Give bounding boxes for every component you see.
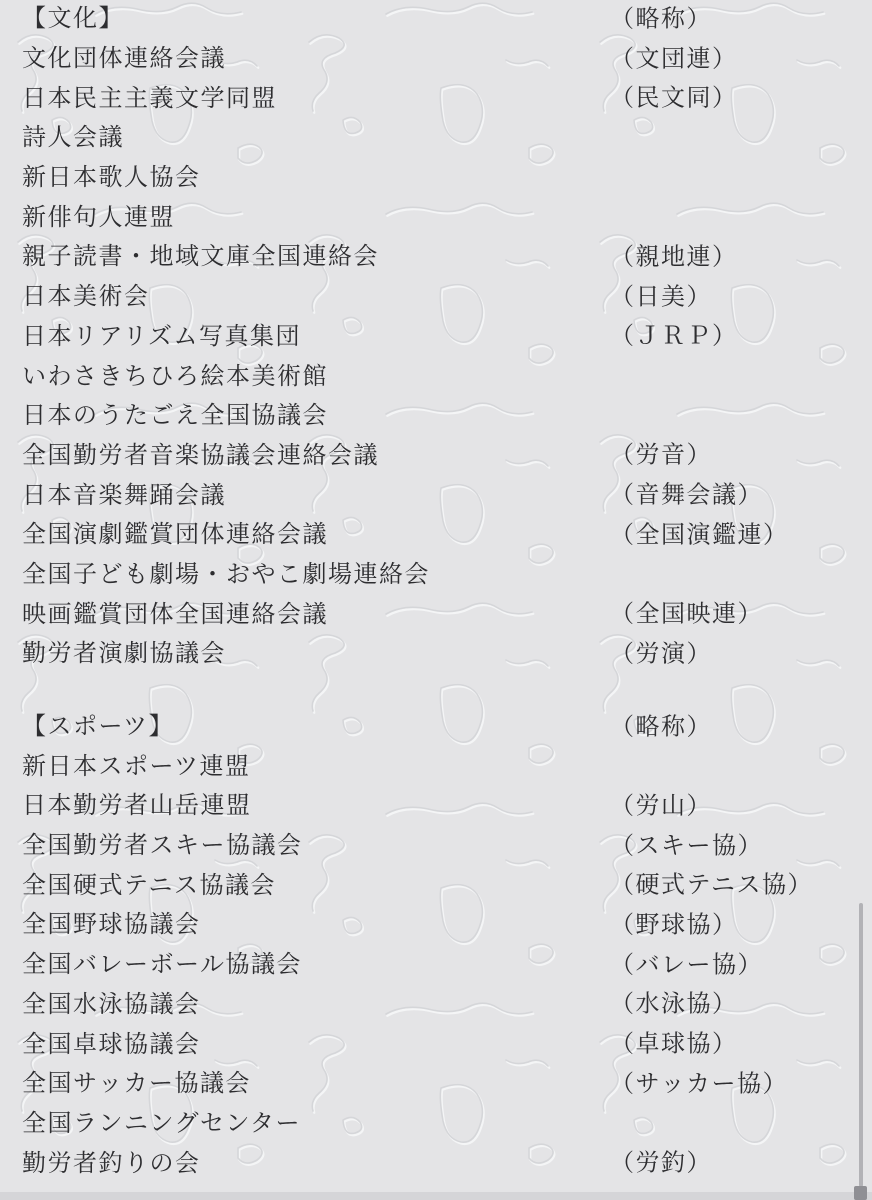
- organization-name: 日本音楽舞踊会議: [22, 475, 226, 510]
- organization-abbr: （労釣）: [610, 1143, 712, 1178]
- abbr-column-header: （略称）: [610, 706, 712, 741]
- organization-row: 全国野球協議会 （野球協）: [0, 902, 872, 942]
- organization-abbr: （文団連）: [610, 38, 738, 73]
- section-title: 【文化】: [22, 0, 124, 33]
- organization-row: 映画鑑賞団体全国連絡会議 （全国映連）: [0, 591, 872, 631]
- organization-abbr: （労山）: [610, 785, 712, 820]
- organization-abbr: （水泳協）: [610, 984, 738, 1019]
- organization-name: いわさきちひろ絵本美術館: [22, 356, 328, 391]
- organization-row: 日本民主主義文学同盟 （民文同）: [0, 75, 872, 115]
- organization-row: 勤労者釣りの会 （労釣）: [0, 1140, 872, 1180]
- organization-row: 全国子ども劇場・おやこ劇場連絡会: [0, 552, 872, 592]
- organization-row: 全国水泳協議会 （水泳協）: [0, 982, 872, 1022]
- organization-row: 全国サッカー協議会 （サッカー協）: [0, 1061, 872, 1101]
- organization-abbr: （全国映連）: [610, 594, 763, 629]
- organization-name: 新日本歌人協会: [22, 157, 201, 192]
- organization-row: 全国ランニングセンター: [0, 1101, 872, 1141]
- organization-name: 全国野球協議会: [22, 904, 201, 939]
- organization-list: 【文化】 （略称） 文化団体連絡会議 （文団連） 日本民主主義文学同盟 （民文同…: [0, 0, 872, 1180]
- organization-name: 全国サッカー協議会: [22, 1063, 251, 1098]
- organization-row: 新俳句人連盟: [0, 194, 872, 234]
- organization-abbr: （ＪＲＰ）: [610, 316, 738, 351]
- section-header-row: 【スポーツ】 （略称）: [0, 704, 872, 744]
- organization-abbr: （日美）: [610, 276, 712, 311]
- organization-name: 親子読書・地域文庫全国連絡会: [22, 236, 379, 271]
- organization-row: 全国演劇鑑賞団体連絡会議 （全国演鑑連）: [0, 512, 872, 552]
- organization-name: 文化団体連絡会議: [22, 38, 226, 73]
- organization-abbr: （スキー協）: [610, 825, 763, 860]
- organization-name: 勤労者釣りの会: [22, 1143, 201, 1178]
- organization-abbr: （音舞会議）: [610, 475, 763, 510]
- abbr-column-header: （略称）: [610, 0, 712, 33]
- page: 【文化】 （略称） 文化団体連絡会議 （文団連） 日本民主主義文学同盟 （民文同…: [0, 0, 872, 1200]
- vertical-scrollbar-thumb[interactable]: [859, 903, 863, 1187]
- organization-name: 全国水泳協議会: [22, 984, 201, 1019]
- section: 【スポーツ】 （略称） 新日本スポーツ連盟 日本勤労者山岳連盟 （労山） 全国勤…: [0, 704, 872, 1180]
- organization-abbr: （親地連）: [610, 236, 738, 271]
- organization-name: 全国バレーボール協議会: [22, 944, 302, 979]
- organization-name: 新俳句人連盟: [22, 197, 175, 232]
- organization-row: 新日本スポーツ連盟: [0, 743, 872, 783]
- organization-name: 新日本スポーツ連盟: [22, 746, 251, 781]
- organization-abbr: （民文同）: [610, 78, 738, 113]
- section-header-row: 【文化】 （略称）: [0, 0, 872, 36]
- organization-name: 勤労者演劇協議会: [22, 633, 226, 668]
- section-rows: 新日本スポーツ連盟 日本勤労者山岳連盟 （労山） 全国勤労者スキー協議会 （スキ…: [0, 743, 872, 1180]
- organization-row: 新日本歌人協会: [0, 155, 872, 195]
- organization-row: 日本リアリズム写真集団 （ＪＲＰ）: [0, 314, 872, 354]
- organization-abbr: （サッカー協）: [610, 1063, 788, 1098]
- organization-name: 全国子ども劇場・おやこ劇場連絡会: [22, 554, 430, 589]
- organization-row: いわさきちひろ絵本美術館: [0, 353, 872, 393]
- organization-name: 全国演劇鑑賞団体連絡会議: [22, 514, 328, 549]
- organization-abbr: （労演）: [610, 633, 712, 668]
- organization-name: 日本リアリズム写真集団: [22, 316, 301, 351]
- organization-name: 全国勤労者音楽協議会連絡会議: [22, 435, 379, 470]
- organization-row: 全国勤労者スキー協議会 （スキー協）: [0, 823, 872, 863]
- section-rows: 文化団体連絡会議 （文団連） 日本民主主義文学同盟 （民文同） 詩人会議 新日本…: [0, 36, 872, 671]
- organization-row: 全国硬式テニス協議会 （硬式テニス協）: [0, 862, 872, 902]
- organization-row: 日本音楽舞踊会議 （音舞会議）: [0, 472, 872, 512]
- organization-name: 詩人会議: [22, 117, 124, 152]
- organization-row: 全国バレーボール協議会 （バレー協）: [0, 942, 872, 982]
- scrollbar-corner: [854, 1186, 867, 1200]
- organization-row: 日本勤労者山岳連盟 （労山）: [0, 783, 872, 823]
- section: 【文化】 （略称） 文化団体連絡会議 （文団連） 日本民主主義文学同盟 （民文同…: [0, 0, 872, 671]
- organization-name: 日本美術会: [22, 276, 150, 311]
- organization-name: 日本民主主義文学同盟: [22, 78, 277, 113]
- organization-row: 勤労者演劇協議会 （労演）: [0, 631, 872, 671]
- horizontal-scrollbar-track[interactable]: [0, 1192, 872, 1200]
- organization-abbr: （バレー協）: [610, 944, 763, 979]
- section-title: 【スポーツ】: [22, 706, 174, 741]
- organization-name: 全国卓球協議会: [22, 1024, 201, 1059]
- organization-name: 日本勤労者山岳連盟: [22, 785, 252, 820]
- organization-row: 親子読書・地域文庫全国連絡会 （親地連）: [0, 234, 872, 274]
- organization-row: 全国勤労者音楽協議会連絡会議 （労音）: [0, 433, 872, 473]
- organization-abbr: （卓球協）: [610, 1024, 738, 1059]
- organization-row: 日本のうたごえ全国協議会: [0, 393, 872, 433]
- organization-row: 日本美術会 （日美）: [0, 274, 872, 314]
- organization-row: 全国卓球協議会 （卓球協）: [0, 1021, 872, 1061]
- organization-row: 詩人会議: [0, 115, 872, 155]
- organization-name: 全国硬式テニス協議会: [22, 865, 276, 900]
- organization-name: 映画鑑賞団体全国連絡会議: [22, 594, 328, 629]
- organization-row: 文化団体連絡会議 （文団連）: [0, 36, 872, 76]
- organization-abbr: （全国演鑑連）: [610, 514, 789, 549]
- organization-name: 日本のうたごえ全国協議会: [22, 395, 328, 430]
- organization-abbr: （野球協）: [610, 904, 738, 939]
- organization-name: 全国勤労者スキー協議会: [22, 825, 303, 860]
- organization-abbr: （労音）: [610, 435, 712, 470]
- organization-abbr: （硬式テニス協）: [610, 865, 813, 900]
- organization-name: 全国ランニングセンター: [22, 1103, 301, 1138]
